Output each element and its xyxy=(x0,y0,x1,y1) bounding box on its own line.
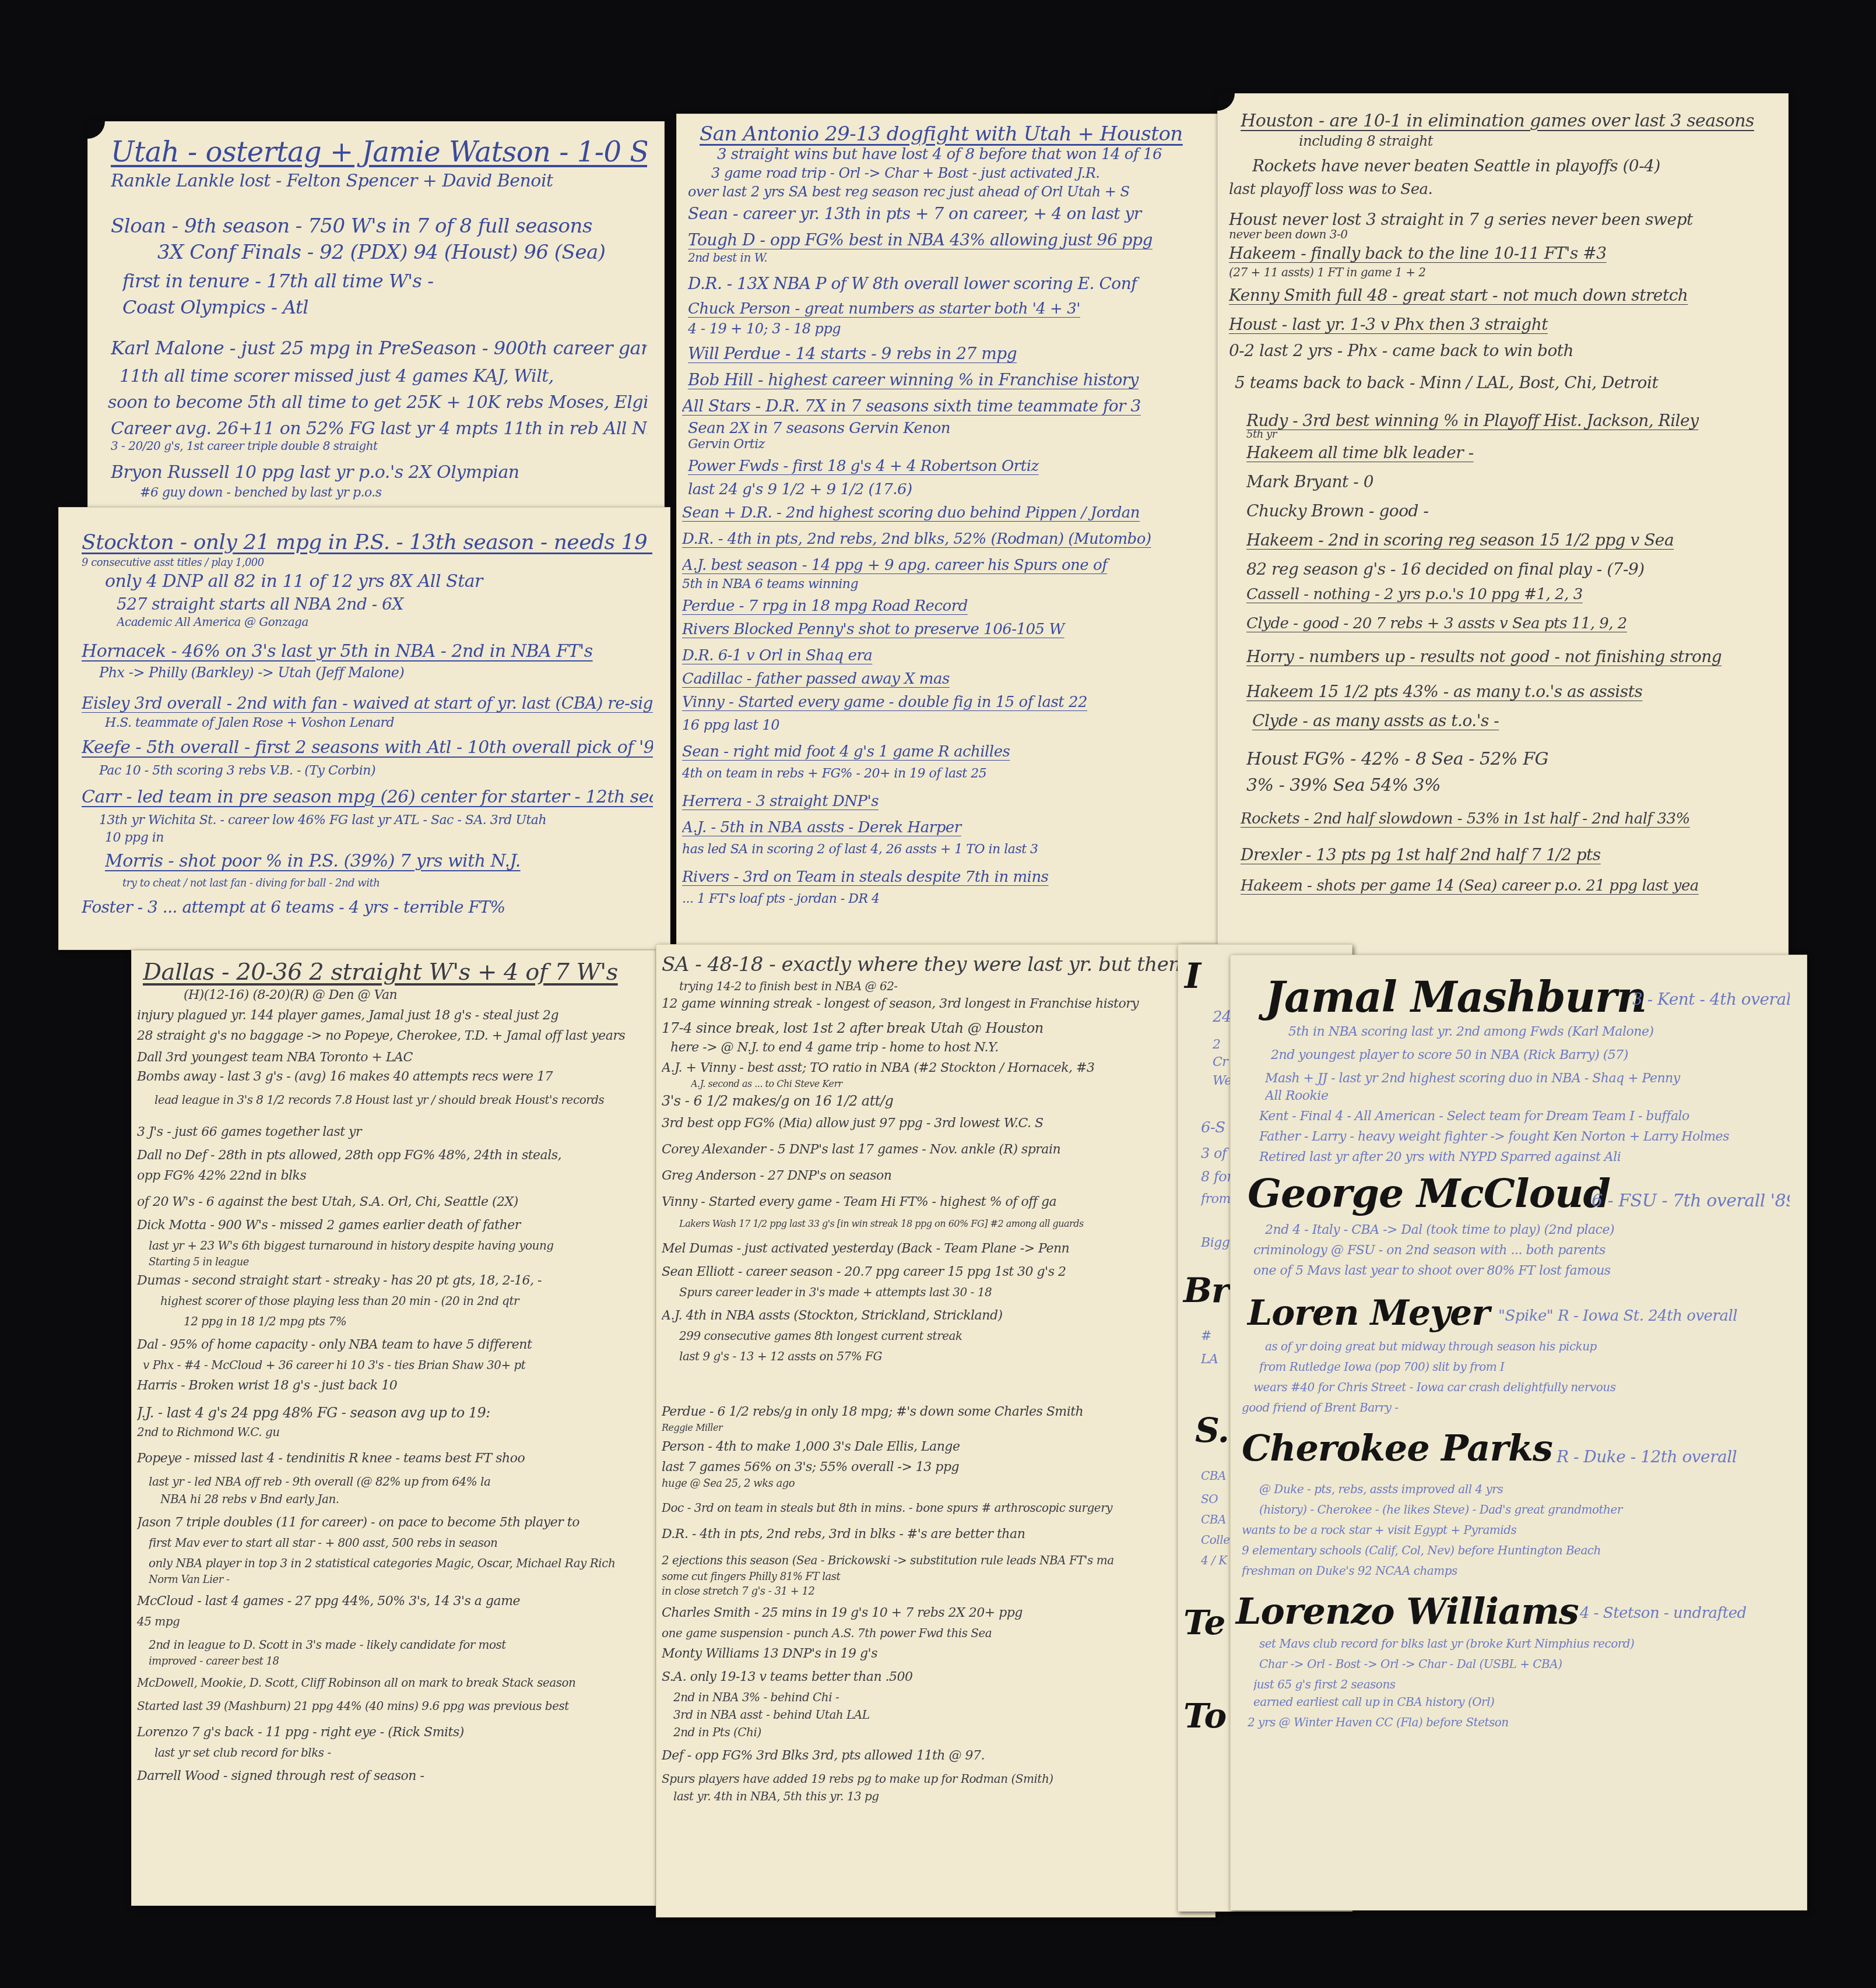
card-san-antonio-1: San Antonio 29-13 dogfight with Utah + H… xyxy=(676,114,1242,965)
player-name: Loren Meyer xyxy=(1248,1293,1489,1333)
card-line: 5th yr xyxy=(1246,428,1771,441)
card-line: last 7 games 56% on 3's; 55% overall -> … xyxy=(662,1460,1198,1475)
card-line: Vinny - Started every game - double fig … xyxy=(682,694,1224,711)
card-line: last yr - led NBA off reb - 9th overall … xyxy=(149,1475,638,1489)
card-line: McCloud - last 4 games - 27 ppg 44%, 50%… xyxy=(137,1594,638,1609)
roster-initial: I xyxy=(1185,956,1200,997)
card-stockton: Stockton - only 21 mpg in P.S. - 13th se… xyxy=(58,507,670,950)
card-line: Karl Malone - just 25 mpg in PreSeason -… xyxy=(111,337,647,359)
card-line: Foster - 3 ... attempt at 6 teams - 4 yr… xyxy=(82,898,653,917)
card-line: lead league in 3's 8 1/2 records 7.8 Hou… xyxy=(154,1093,638,1107)
card-line: only 4 DNP all 82 in 11 of 12 yrs 8X All… xyxy=(105,571,653,592)
card-line: here -> @ N.J. to end 4 game trip - home… xyxy=(670,1040,1198,1055)
card-line: 5 teams back to back - Minn / LAL, Bost,… xyxy=(1235,373,1771,392)
card-line: Houst FG% - 42% - 8 Sea - 52% FG xyxy=(1246,749,1771,769)
card-line: Houst never lost 3 straight in 7 g serie… xyxy=(1229,210,1771,229)
card-line: Morris - shot poor % in P.S. (39%) 7 yrs… xyxy=(105,851,653,871)
card-line: last 9 g's - 13 + 12 assts on 57% FG xyxy=(679,1349,1198,1363)
card-line: trying 14-2 to finish best in NBA @ 62- xyxy=(679,979,1198,993)
card-line: #6 guy down - benched by last yr p.o.s xyxy=(140,485,647,500)
card-line: Bombs away - last 3 g's - (avg) 16 makes… xyxy=(137,1069,638,1084)
card-line: 4 - 19 + 10; 3 - 18 ppg xyxy=(688,321,1224,337)
card-line: Gervin Ortiz xyxy=(688,437,1224,452)
card-line: 82 reg season g's - 16 decided on final … xyxy=(1246,560,1771,579)
card-dallas: Dallas - 20-36 2 straight W's + 4 of 7 W… xyxy=(131,950,656,1906)
card-line: 3X Conf Finals - 92 (PDX) 94 (Houst) 96 … xyxy=(157,241,647,264)
card-line: Rankle Lankle lost - Felton Spencer + Da… xyxy=(111,171,647,191)
card-dallas-roster: Jamal Mashburn 3 - Kent - 4th overall '9… xyxy=(1230,955,1807,1910)
card-line: NBA hi 28 rebs v Bnd early Jan. xyxy=(160,1492,638,1506)
card-line: Career avg. 26+11 on 52% FG last yr 4 mp… xyxy=(111,418,647,439)
card-line: A.J. 4th in NBA assts (Stockton, Strickl… xyxy=(662,1308,1198,1323)
card-line: ... 1 FT's loaf pts - jordan - DR 4 xyxy=(682,892,1224,906)
card-line: Power Fwds - first 18 g's 4 + 4 Robertso… xyxy=(688,458,1224,475)
card-line: last yr set club record for blks - xyxy=(154,1746,638,1760)
card-line: Lorenzo 7 g's back - 11 ppg - right eye … xyxy=(137,1725,638,1740)
card-line: Charles Smith - 25 mins in 19 g's 10 + 7… xyxy=(662,1606,1198,1620)
card-line: set Mavs club record for blks last yr (b… xyxy=(1259,1637,1790,1651)
card-line: S.A. only 19-13 v teams better than .500 xyxy=(662,1670,1198,1684)
card-line: 10 ppg in xyxy=(105,831,653,845)
card-line: San Antonio 29-13 dogfight with Utah + H… xyxy=(700,122,1224,146)
card-line: Will Perdue - 14 starts - 9 rebs in 27 m… xyxy=(688,344,1224,363)
card-line: Bryon Russell 10 ppg last yr p.o.'s 2X O… xyxy=(111,462,647,483)
card-line: 6 - FSU - 7th overall '89 xyxy=(1592,1191,1790,1211)
card-line: Reggie Miller xyxy=(662,1422,1198,1433)
card-line: soon to become 5th all time to get 25K +… xyxy=(108,392,647,413)
card-line: first in tenure - 17th all time W's - xyxy=(122,270,647,292)
card-line: D.R. - 13X NBA P of W 8th overall lower … xyxy=(688,274,1224,293)
card-line: Utah - ostertag + Jamie Watson - 1-0 Sea… xyxy=(111,136,647,168)
card-line: 2 ejections this season (Sea - Brickowsk… xyxy=(662,1553,1198,1567)
card-line: Darrell Wood - signed through rest of se… xyxy=(137,1769,638,1783)
roster-initial: To xyxy=(1183,1696,1226,1736)
card-line: (H)(12-16) (8-20)(R) @ Den @ Van xyxy=(184,988,638,1002)
card-line: Chuck Person - great numbers as starter … xyxy=(688,300,1224,318)
player-name: Lorenzo Williams xyxy=(1236,1590,1579,1632)
card-line: Horry - numbers up - results not good - … xyxy=(1246,647,1771,666)
card-line: Doc - 3rd on team in steals but 8th in m… xyxy=(662,1501,1198,1515)
card-line: 299 consecutive games 8th longest curren… xyxy=(679,1329,1198,1343)
card-line: 13th yr Wichita St. - career low 46% FG … xyxy=(99,813,653,828)
card-line: Spurs players have added 19 rebs pg to m… xyxy=(662,1772,1198,1786)
card-line: Monty Williams 13 DNP's in 19 g's xyxy=(662,1646,1198,1661)
card-line: "Spike" R - Iowa St. 24th overall xyxy=(1498,1307,1790,1325)
card-line: one of 5 Mavs last year to shoot over 80… xyxy=(1253,1264,1790,1278)
card-line: 28 straight g's no baggage -> no Popeye,… xyxy=(137,1029,638,1043)
card-line: A.J. - 5th in NBA assts - Derek Harper xyxy=(682,819,1224,836)
card-line: Cassell - nothing - 2 yrs p.o.'s 10 ppg … xyxy=(1246,586,1771,603)
card-line: Rivers - 3rd on Team in steals despite 7… xyxy=(682,868,1224,886)
card-line: 2 yrs @ Winter Haven CC (Fla) before Ste… xyxy=(1248,1715,1790,1729)
card-line: Def - opp FG% 3rd Blks 3rd, pts allowed … xyxy=(662,1748,1198,1763)
card-line: injury plagued yr. 144 player games, Jam… xyxy=(137,1008,638,1023)
card-line: never been down 3-0 xyxy=(1229,227,1771,241)
card-line: criminology @ FSU - on 2nd season with .… xyxy=(1253,1243,1790,1258)
card-line: 3 straight wins but have lost 4 of 8 bef… xyxy=(717,146,1224,163)
card-line: Retired last yr after 20 yrs with NYPD S… xyxy=(1259,1150,1790,1164)
card-line: 3 - 20/20 g's, 1st career triple double … xyxy=(111,439,647,453)
card-line: Houston - are 10-1 in elimination games … xyxy=(1241,111,1771,131)
card-line: Tough D - opp FG% best in NBA 43% allowi… xyxy=(688,230,1224,249)
card-line: in close stretch 7 g's - 31 + 12 xyxy=(662,1585,1198,1598)
card-line: 2nd in Pts (Chi) xyxy=(673,1725,1198,1739)
card-line: Academic All America @ Gonzaga xyxy=(117,615,653,629)
card-line: Hakeem - 2nd in scoring reg season 15 1/… xyxy=(1246,530,1771,550)
card-line: Perdue - 6 1/2 rebs/g in only 18 mpg; #'… xyxy=(662,1405,1198,1419)
roster-initial: Br xyxy=(1183,1271,1229,1310)
card-line: 9 elementary schools (Calif, Col, Nev) b… xyxy=(1242,1543,1790,1557)
card-line: Dal - 95% of home capacity - only NBA te… xyxy=(137,1338,638,1352)
card-line: as of yr doing great but midway through … xyxy=(1265,1339,1790,1353)
card-line: Vinny - Started every game - Team Hi FT%… xyxy=(662,1195,1198,1209)
card-line: just 65 g's first 2 seasons xyxy=(1253,1677,1790,1691)
card-line: 2nd youngest player to score 50 in NBA (… xyxy=(1271,1048,1790,1062)
card-line: only NBA player in top 3 in 2 statistica… xyxy=(149,1556,638,1570)
card-utah: Utah - ostertag + Jamie Watson - 1-0 Sea… xyxy=(87,121,665,529)
card-line: including 8 straight xyxy=(1299,133,1771,149)
card-line: 2nd 4 - Italy - CBA -> Dal (took time to… xyxy=(1265,1223,1790,1237)
card-line: All Rookie xyxy=(1265,1089,1790,1103)
card-line: Greg Anderson - 27 DNP's on season xyxy=(662,1169,1198,1183)
card-line: 4th on team in rebs + FG% - 20+ in 19 of… xyxy=(682,766,1224,781)
card-line: Houst - last yr. 1-3 v Phx then 3 straig… xyxy=(1229,315,1771,334)
card-line: some cut fingers Philly 81% FT last xyxy=(662,1571,1198,1583)
card-line: 3 - Kent - 4th overall '93 xyxy=(1632,990,1790,1009)
card-line: J.J. - last 4 g's 24 ppg 48% FG - season… xyxy=(137,1405,638,1421)
card-line: 2nd to Richmond W.C. gu xyxy=(137,1425,638,1439)
card-line: @ Duke - pts, rebs, assts improved all 4… xyxy=(1259,1482,1790,1496)
card-line: Popeye - missed last 4 - tendinitis R kn… xyxy=(137,1451,638,1466)
card-line: Sean - career yr. 13th in pts + 7 on car… xyxy=(688,204,1224,223)
card-line: 17-4 since break, lost 1st 2 after break… xyxy=(662,1020,1198,1036)
card-line: Pac 10 - 5th scoring 3 rebs V.B. - (Ty C… xyxy=(99,763,653,778)
card-line: Drexler - 13 pts pg 1st half 2nd half 7 … xyxy=(1241,845,1771,864)
card-line: All Stars - D.R. 7X in 7 seasons sixth t… xyxy=(682,396,1224,416)
card-line: freshman on Duke's 92 NCAA champs xyxy=(1242,1564,1790,1578)
card-line: try to cheat / not last fan - diving for… xyxy=(122,877,653,889)
card-line: highest scorer of those playing less tha… xyxy=(160,1294,638,1308)
card-line: Hakeem 15 1/2 pts 43% - as many t.o.'s a… xyxy=(1246,682,1771,701)
card-line: from Rutledge Iowa (pop 700) slit by fro… xyxy=(1259,1360,1790,1374)
card-houston: Houston - are 10-1 in elimination games … xyxy=(1217,93,1789,967)
card-line: 12 ppg in 18 1/2 mpg pts 7% xyxy=(184,1314,638,1328)
card-line: (history) - Cherokee - (he likes Steve) … xyxy=(1259,1503,1790,1516)
card-line: opp FG% 42% 22nd in blks xyxy=(137,1169,638,1183)
card-line: (27 + 11 assts) 1 FT in game 1 + 2 xyxy=(1229,265,1771,279)
card-line: Phx -> Philly (Barkley) -> Utah (Jeff Ma… xyxy=(99,664,653,681)
card-line: A.J. + Vinny - best asst; TO ratio in NB… xyxy=(662,1061,1198,1075)
card-line: Char -> Orl - Bost -> Orl -> Char - Dal … xyxy=(1259,1657,1790,1671)
card-line: Cadillac - father passed away X mas xyxy=(682,670,1224,688)
card-line: Sloan - 9th season - 750 W's in 7 of 8 f… xyxy=(111,214,647,238)
card-line: A.J. best season - 14 ppg + 9 apg. caree… xyxy=(682,557,1224,574)
card-line: Hakeem - finally back to the line 10-11 … xyxy=(1229,244,1771,263)
card-line: A.J. second as ... to Chi Steve Kerr xyxy=(691,1078,1198,1089)
torn-corner xyxy=(1217,93,1235,111)
card-line: wears #40 for Chris Street - Iowa car cr… xyxy=(1253,1380,1790,1394)
card-line: Started last 39 (Mashburn) 21 ppg 44% (4… xyxy=(137,1699,638,1713)
card-line: D.R. 6-1 v Orl in Shaq era xyxy=(682,647,1224,664)
card-san-antonio-2: SA - 48-18 - exactly where they were las… xyxy=(656,944,1215,1917)
card-line: Keefe - 5th overall - first 2 seasons wi… xyxy=(82,737,653,758)
card-line: Clyde - as many assts as t.o.'s - xyxy=(1252,711,1771,730)
card-line: v Phx - #4 - McCloud + 36 career hi 10 3… xyxy=(143,1358,638,1372)
card-line: Herrera - 3 straight DNP's xyxy=(682,793,1224,810)
card-line: of 20 W's - 6 against the best Utah, S.A… xyxy=(137,1195,638,1209)
card-line: Hakeem - shots per game 14 (Sea) career … xyxy=(1241,877,1771,895)
card-line: 3rd best opp FG% (Mia) allow just 97 ppg… xyxy=(662,1116,1198,1131)
player-name: George McCloud xyxy=(1248,1170,1610,1217)
card-line: Hornacek - 46% on 3's last yr 5th in NBA… xyxy=(82,641,653,662)
card-line: Bob Hill - highest career winning % in F… xyxy=(688,370,1224,389)
card-line: Rudy - 3rd best winning % in Playoff His… xyxy=(1246,411,1771,430)
card-line: 3 game road trip - Orl -> Char + Bost - … xyxy=(711,165,1224,181)
card-line: Mash + JJ - last yr 2nd highest scoring … xyxy=(1265,1071,1790,1086)
card-line: 0-2 last 2 yrs - Phx - came back to win … xyxy=(1229,341,1771,360)
card-line: 3 J's - just 66 games together last yr xyxy=(137,1125,638,1139)
card-line: Norm Van Lier - xyxy=(149,1574,638,1586)
card-line: Coast Olympics - Atl xyxy=(122,296,647,318)
card-line: Corey Alexander - 5 DNP's last 17 games … xyxy=(662,1142,1198,1157)
card-line: Sean 2X in 7 seasons Gervin Kenon xyxy=(688,420,1224,437)
card-line: good friend of Brent Barry - xyxy=(1242,1401,1790,1415)
card-line: Father - Larry - heavy weight fighter ->… xyxy=(1259,1130,1790,1144)
card-line: 2nd in league to D. Scott in 3's made - … xyxy=(149,1638,638,1652)
player-name: Jamal Mashburn xyxy=(1265,972,1646,1022)
card-line: 5th in NBA scoring last yr. 2nd among Fw… xyxy=(1288,1025,1790,1039)
card-line: Dumas - second straight start - streaky … xyxy=(137,1273,638,1288)
card-line: Harris - Broken wrist 18 g's - just back… xyxy=(137,1378,638,1393)
card-line: Dall no Def - 28th in pts allowed, 28th … xyxy=(137,1148,638,1163)
card-line: Dallas - 20-36 2 straight W's + 4 of 7 W… xyxy=(143,959,638,986)
roster-initial: S. xyxy=(1195,1410,1229,1450)
card-line: 3's - 6 1/2 makes/g on 16 1/2 att/g xyxy=(662,1093,1198,1109)
card-line: huge @ Sea 25, 2 wks ago xyxy=(662,1477,1198,1490)
player-name: Cherokee Parks xyxy=(1242,1427,1552,1469)
card-line: McDowell, Mookie, D. Scott, Cliff Robins… xyxy=(137,1676,638,1690)
card-line: over last 2 yrs SA best reg season rec j… xyxy=(688,184,1224,200)
card-line: 4 - Stetson - undrafted xyxy=(1580,1605,1790,1622)
card-line: 16 ppg last 10 xyxy=(682,717,1224,733)
card-line: 527 straight starts all NBA 2nd - 6X xyxy=(117,594,653,614)
card-line: 5th in NBA 6 teams winning xyxy=(682,577,1224,592)
card-line: Stockton - only 21 mpg in P.S. - 13th se… xyxy=(82,530,653,554)
card-line: last playoff loss was to Sea. xyxy=(1229,181,1771,198)
card-line: Sean - right mid foot 4 g's 1 game R ach… xyxy=(682,743,1224,761)
card-line: 45 mpg xyxy=(137,1614,638,1628)
card-line: last 24 g's 9 1/2 + 9 1/2 (17.6) xyxy=(688,481,1224,498)
card-line: Starting 5 in league xyxy=(149,1256,638,1268)
card-line: Mel Dumas - just activated yesterday (Ba… xyxy=(662,1241,1198,1256)
card-line: one game suspension - punch A.S. 7th pow… xyxy=(662,1626,1198,1640)
card-line: 11th all time scorer missed just 4 games… xyxy=(120,366,647,386)
card-line: R - Duke - 12th overall xyxy=(1557,1447,1790,1466)
card-line: Clyde - good - 20 7 rebs + 3 assts v Sea… xyxy=(1246,615,1771,632)
card-line: first Mav ever to start all star - + 800… xyxy=(149,1536,638,1550)
card-line: Hakeem all time blk leader - xyxy=(1246,443,1771,462)
card-line: Rockets - 2nd half slowdown - 53% in 1st… xyxy=(1241,810,1771,828)
card-line: D.R. - 4th in pts, 2nd rebs, 2nd blks, 5… xyxy=(682,530,1224,548)
card-line: last yr. 4th in NBA, 5th this yr. 13 pg xyxy=(673,1789,1198,1803)
card-line: 12 game winning streak - longest of seas… xyxy=(662,997,1198,1011)
card-line: Person - 4th to make 1,000 3's Dale Elli… xyxy=(662,1440,1198,1454)
card-line: 2nd in NBA 3% - behind Chi - xyxy=(673,1690,1198,1704)
card-line: wants to be a rock star + visit Egypt + … xyxy=(1242,1523,1790,1537)
card-line: has led SA in scoring 2 of last 4, 26 as… xyxy=(682,842,1224,857)
card-line: Mark Bryant - 0 xyxy=(1246,472,1771,491)
card-line: Lakers Wash 17 1/2 ppg last 33 g's [in w… xyxy=(679,1218,1198,1229)
card-line: Spurs career leader in 3's made + attemp… xyxy=(679,1285,1198,1299)
card-line: Dall 3rd youngest team NBA Toronto + LAC xyxy=(137,1050,638,1065)
card-line: 3rd in NBA asst - behind Utah LAL xyxy=(673,1708,1198,1722)
card-line: earned earliest call up in CBA history (… xyxy=(1253,1695,1790,1709)
torn-corner xyxy=(87,121,105,139)
card-line: improved - career best 18 xyxy=(149,1655,638,1667)
card-line: last yr + 23 W's 6th biggest turnaround … xyxy=(149,1238,638,1252)
card-line: D.R. - 4th in pts, 2nd rebs, 3rd in blks… xyxy=(662,1527,1198,1542)
card-line: 2nd best in W. xyxy=(688,251,1224,265)
card-line: Sean + D.R. - 2nd highest scoring duo be… xyxy=(682,504,1224,522)
card-line: Rockets have never beaten Seattle in pla… xyxy=(1252,156,1771,175)
card-line: SA - 48-18 - exactly where they were las… xyxy=(662,953,1198,976)
card-line: Rivers Blocked Penny's shot to preserve … xyxy=(682,621,1224,638)
card-line: H.S. teammate of Jalen Rose + Voshon Len… xyxy=(105,716,653,730)
card-line: Eisley 3rd overall - 2nd with fan - waiv… xyxy=(82,694,653,713)
card-line: Chucky Brown - good - xyxy=(1246,501,1771,520)
card-line: Perdue - 7 rpg in 18 mpg Road Record xyxy=(682,597,1224,615)
card-line: 3% - 39% Sea 54% 3% xyxy=(1246,775,1771,796)
card-line: 9 consecutive asst titles / play 1,000 xyxy=(82,557,653,569)
card-line: Dick Motta - 900 W's - missed 2 games ea… xyxy=(137,1218,638,1233)
card-line: Sean Elliott - career season - 20.7 ppg … xyxy=(662,1265,1198,1279)
card-line: Kenny Smith full 48 - great start - not … xyxy=(1229,286,1771,305)
card-line: Jason 7 triple doubles (11 for career) -… xyxy=(137,1515,638,1530)
card-line: Carr - led team in pre season mpg (26) c… xyxy=(82,787,653,807)
card-line: Kent - Final 4 - All American - Select t… xyxy=(1259,1109,1790,1124)
roster-initial: Te xyxy=(1183,1603,1225,1642)
